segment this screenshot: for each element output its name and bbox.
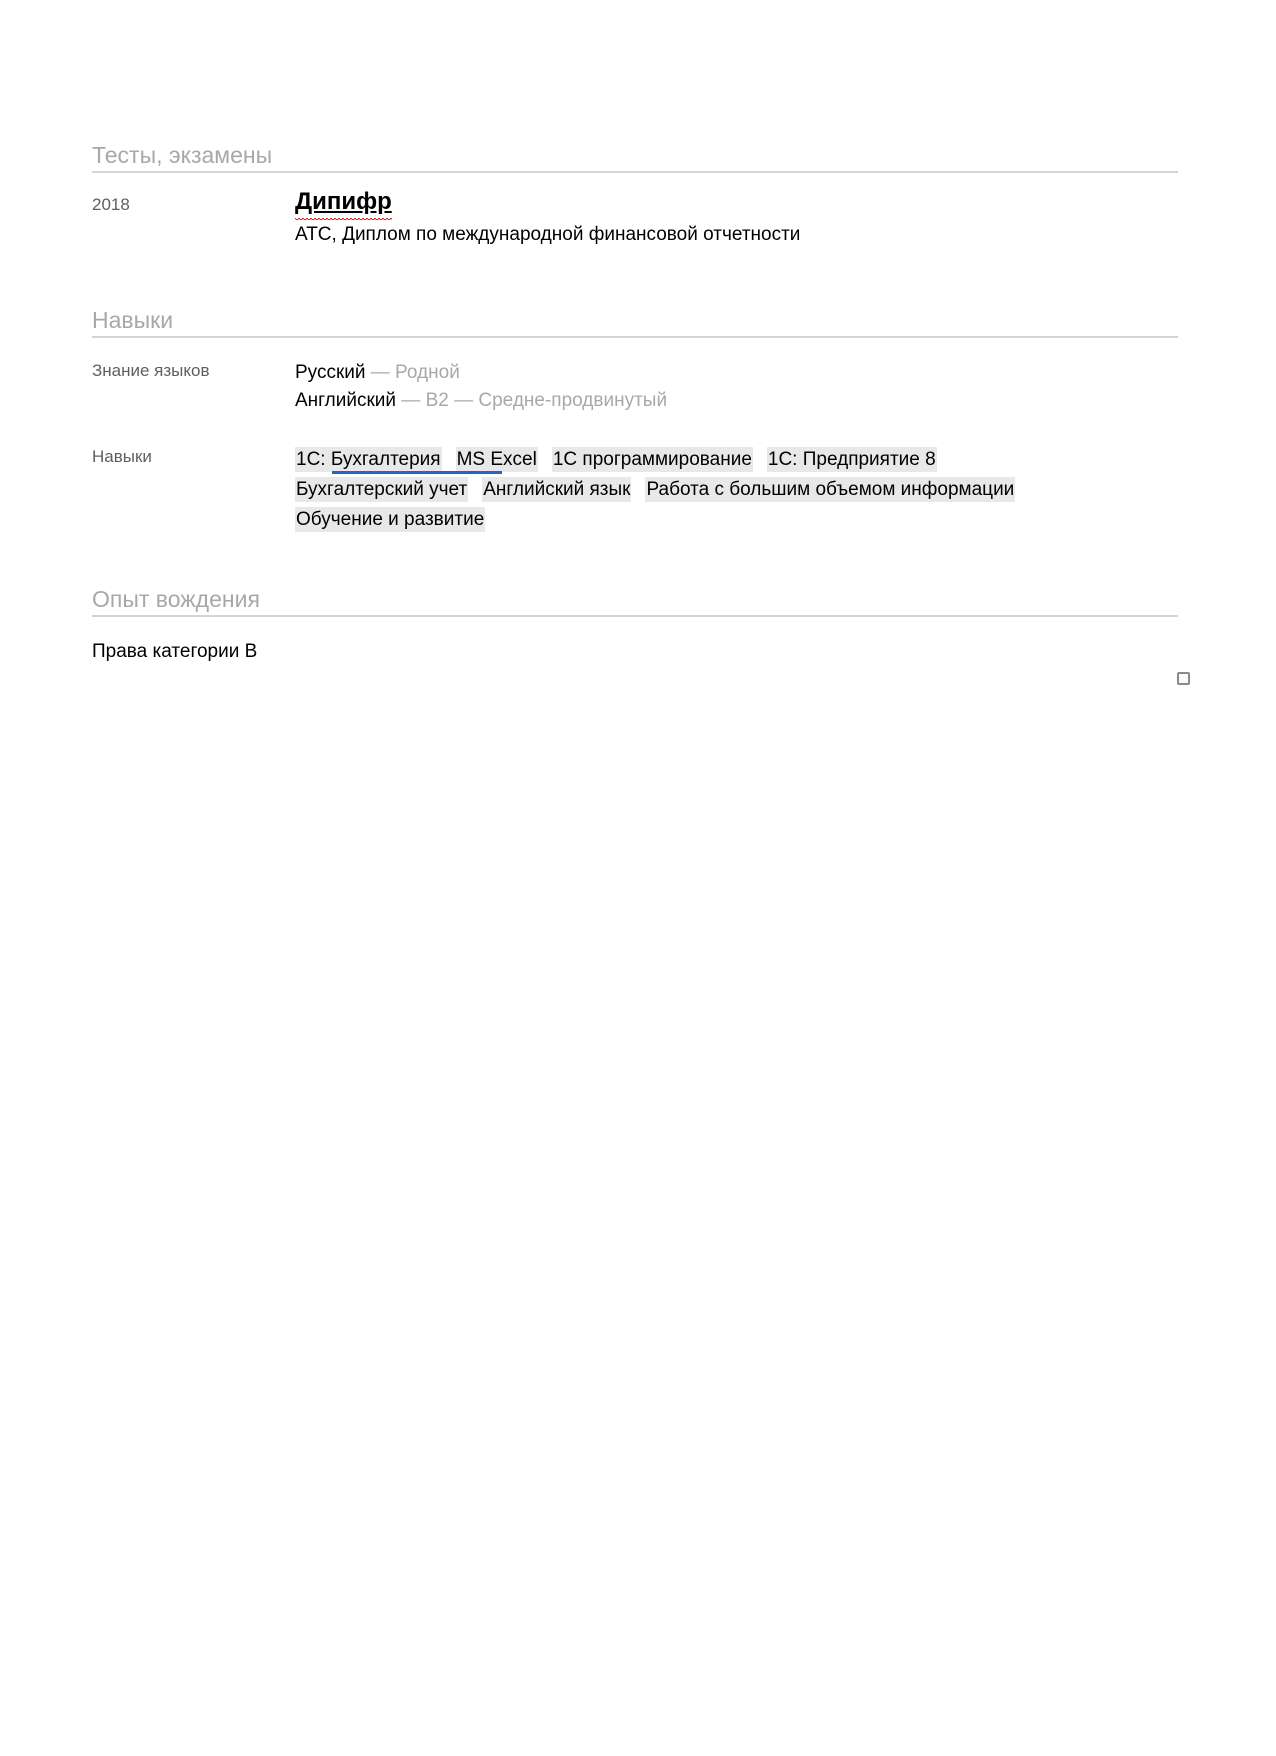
test-description: АТС, Диплом по международной финансовой … bbox=[295, 221, 800, 249]
skill-tag: 1С: Бухгалтерия bbox=[295, 447, 442, 472]
square-outline-icon[interactable] bbox=[1177, 672, 1190, 685]
skill-tag: Обучение и развитие bbox=[295, 507, 485, 532]
section-header-driving: Опыт вождения bbox=[92, 585, 1178, 617]
language-name: Русский bbox=[295, 362, 366, 383]
languages-list: Русский — Родной Английский — B2 — Средн… bbox=[295, 359, 667, 415]
hyperlink-underline bbox=[332, 471, 502, 474]
languages-label: Знание языков bbox=[92, 361, 210, 381]
spellcheck-underline bbox=[295, 218, 392, 222]
language-level: — B2 — Средне-продвинутый bbox=[396, 390, 667, 411]
section-header-tests: Тесты, экзамены bbox=[92, 141, 1178, 173]
language-level: — Родной bbox=[366, 362, 460, 383]
skills-tags: 1С: БухгалтерияMS Excel1С программирован… bbox=[295, 445, 1175, 535]
skill-tag: Английский язык bbox=[482, 477, 631, 502]
driving-license: Права категории B bbox=[92, 638, 257, 666]
language-item: Русский — Родной bbox=[295, 359, 667, 387]
skill-tag: MS Excel bbox=[456, 447, 538, 472]
language-item: Английский — B2 — Средне-продвинутый bbox=[295, 387, 667, 415]
section-header-skills: Навыки bbox=[92, 306, 1178, 338]
skill-tag: Бухгалтерский учет bbox=[295, 477, 468, 502]
skills-label: Навыки bbox=[92, 447, 152, 467]
language-name: Английский bbox=[295, 390, 396, 411]
test-entry: Дипифр АТС, Диплом по международной фина… bbox=[295, 188, 800, 249]
skill-tag: 1С программирование bbox=[552, 447, 753, 472]
test-title: Дипифр bbox=[295, 188, 392, 216]
test-year: 2018 bbox=[92, 195, 130, 215]
skill-tag: Работа с большим объемом информации bbox=[645, 477, 1015, 502]
skill-tag: 1С: Предприятие 8 bbox=[767, 447, 937, 472]
